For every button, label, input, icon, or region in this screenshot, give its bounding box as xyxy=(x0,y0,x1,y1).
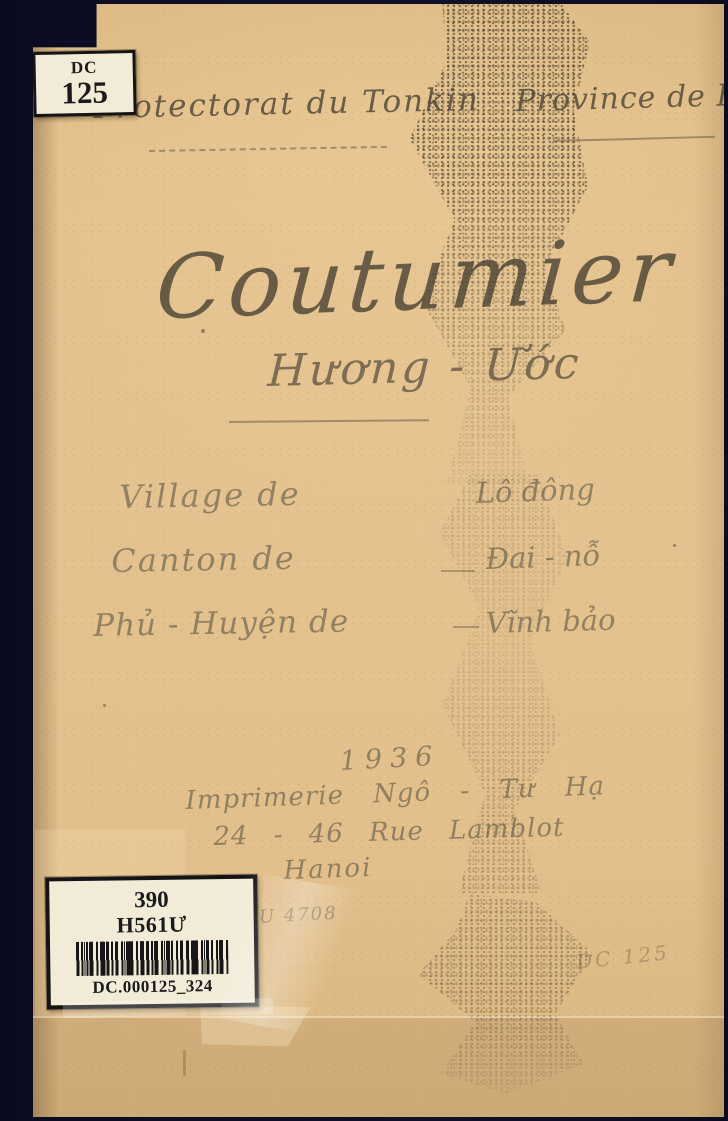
bottom-scan-band xyxy=(33,1016,724,1117)
document-title: Coutumier xyxy=(153,218,680,339)
field-label-village: Village de xyxy=(119,475,301,516)
fox-spot xyxy=(103,704,106,707)
header-protectorat: Protectorat du Tonkin xyxy=(93,82,480,126)
document-subtitle: Hương - Ước xyxy=(267,338,583,397)
scratch-mark xyxy=(183,1050,186,1076)
stray-dash xyxy=(453,626,479,628)
call-number-bottom-line2: H561Ư xyxy=(117,912,187,937)
fox-spot xyxy=(673,544,676,547)
imprint-address: 24 - 46 Rue Lamblot xyxy=(213,813,565,852)
pencil-call-number: DC 125 xyxy=(575,940,671,974)
call-number-label-top: DC 125 xyxy=(33,50,137,117)
call-number-label-bottom: 390 H561Ư DC.000125_324 xyxy=(45,875,259,1010)
imprint-city: Hanoi xyxy=(283,853,373,886)
field-label-phu-huyen: Phủ - Huyện de xyxy=(93,604,349,644)
field-value-phu-huyen: Vĩnh bảo xyxy=(485,603,616,640)
barcode xyxy=(76,940,228,976)
right-edge-shade xyxy=(694,4,724,1117)
scanned-book-cover: Protectorat du Tonkin Province de Hải-d.… xyxy=(0,0,728,1121)
call-number-top-line1: DC xyxy=(71,59,98,77)
field-value-village: Lô đông xyxy=(475,472,595,510)
call-number-bottom-line1: 390 xyxy=(134,887,169,913)
stray-dash xyxy=(441,570,475,572)
field-label-canton: Canton de xyxy=(111,539,296,580)
call-number-top-line2: 125 xyxy=(61,77,108,109)
imprint-printer: Imprimerie Ngô - Tư Hạ xyxy=(185,771,605,816)
subtitle-underline xyxy=(229,419,429,423)
field-value-canton: Đai - nỗ xyxy=(485,538,601,576)
paper-sheet: Protectorat du Tonkin Province de Hải-d.… xyxy=(33,4,724,1117)
header-province: Province de Hải-d. xyxy=(515,76,724,119)
imprint-year: 1936 xyxy=(339,741,441,777)
barcode-text: DC.000125_324 xyxy=(92,976,213,998)
header-right-underline xyxy=(553,136,715,142)
header-left-underline xyxy=(149,146,387,152)
